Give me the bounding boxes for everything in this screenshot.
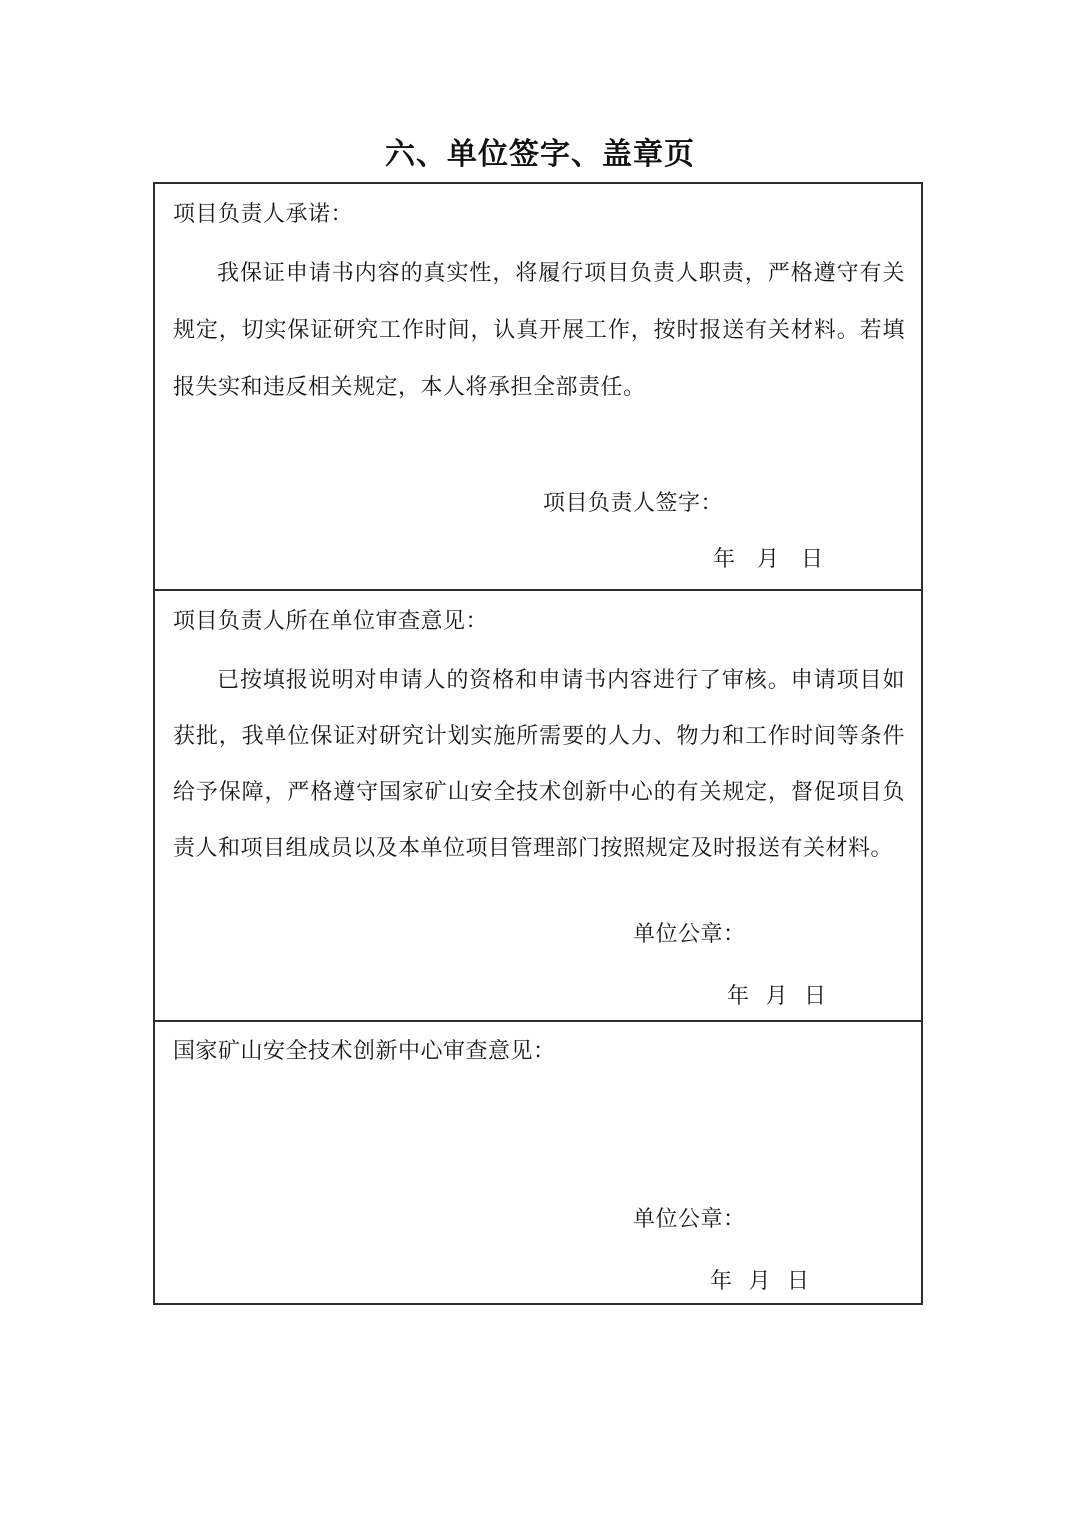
signature-seal-page: 六、单位签字、盖章页 项目负责人承诺： 我保证申请书内容的真实性，将履行项目负责… — [0, 0, 1080, 1527]
signature-table: 项目负责人承诺： 我保证申请书内容的真实性，将履行项目负责人职责，严格遵守有关规… — [153, 182, 923, 1305]
leader-signature-label: 项目负责人签字： — [543, 488, 723, 518]
unit-review-text: 已按填报说明对申请人的资格和申请书内容进行了审核。申请项目如获批，我单位保证对研… — [173, 652, 905, 876]
unit-seal-label: 单位公章： — [633, 919, 746, 949]
leader-commitment-label: 项目负责人承诺： — [173, 199, 353, 229]
section-leader-commitment: 项目负责人承诺： 我保证申请书内容的真实性，将履行项目负责人职责，严格遵守有关规… — [155, 184, 921, 589]
leader-commitment-text: 我保证申请书内容的真实性，将履行项目负责人职责，严格遵守有关规定，切实保证研究工… — [173, 244, 905, 415]
unit-review-label: 项目负责人所在单位审查意见： — [173, 606, 488, 636]
center-review-label: 国家矿山安全技术创新中心审查意见： — [173, 1036, 556, 1066]
center-review-date-line: 年 月 日 — [710, 1266, 809, 1296]
page-title: 六、单位签字、盖章页 — [0, 136, 1080, 174]
leader-date-line: 年 月 日 — [713, 544, 823, 574]
center-seal-label: 单位公章： — [633, 1204, 746, 1234]
section-unit-review: 项目负责人所在单位审查意见： 已按填报说明对申请人的资格和申请书内容进行了审核。… — [155, 589, 921, 1020]
section-center-review: 国家矿山安全技术创新中心审查意见： 单位公章： 年 月 日 — [155, 1020, 921, 1303]
unit-review-date-line: 年 月 日 — [727, 981, 826, 1011]
